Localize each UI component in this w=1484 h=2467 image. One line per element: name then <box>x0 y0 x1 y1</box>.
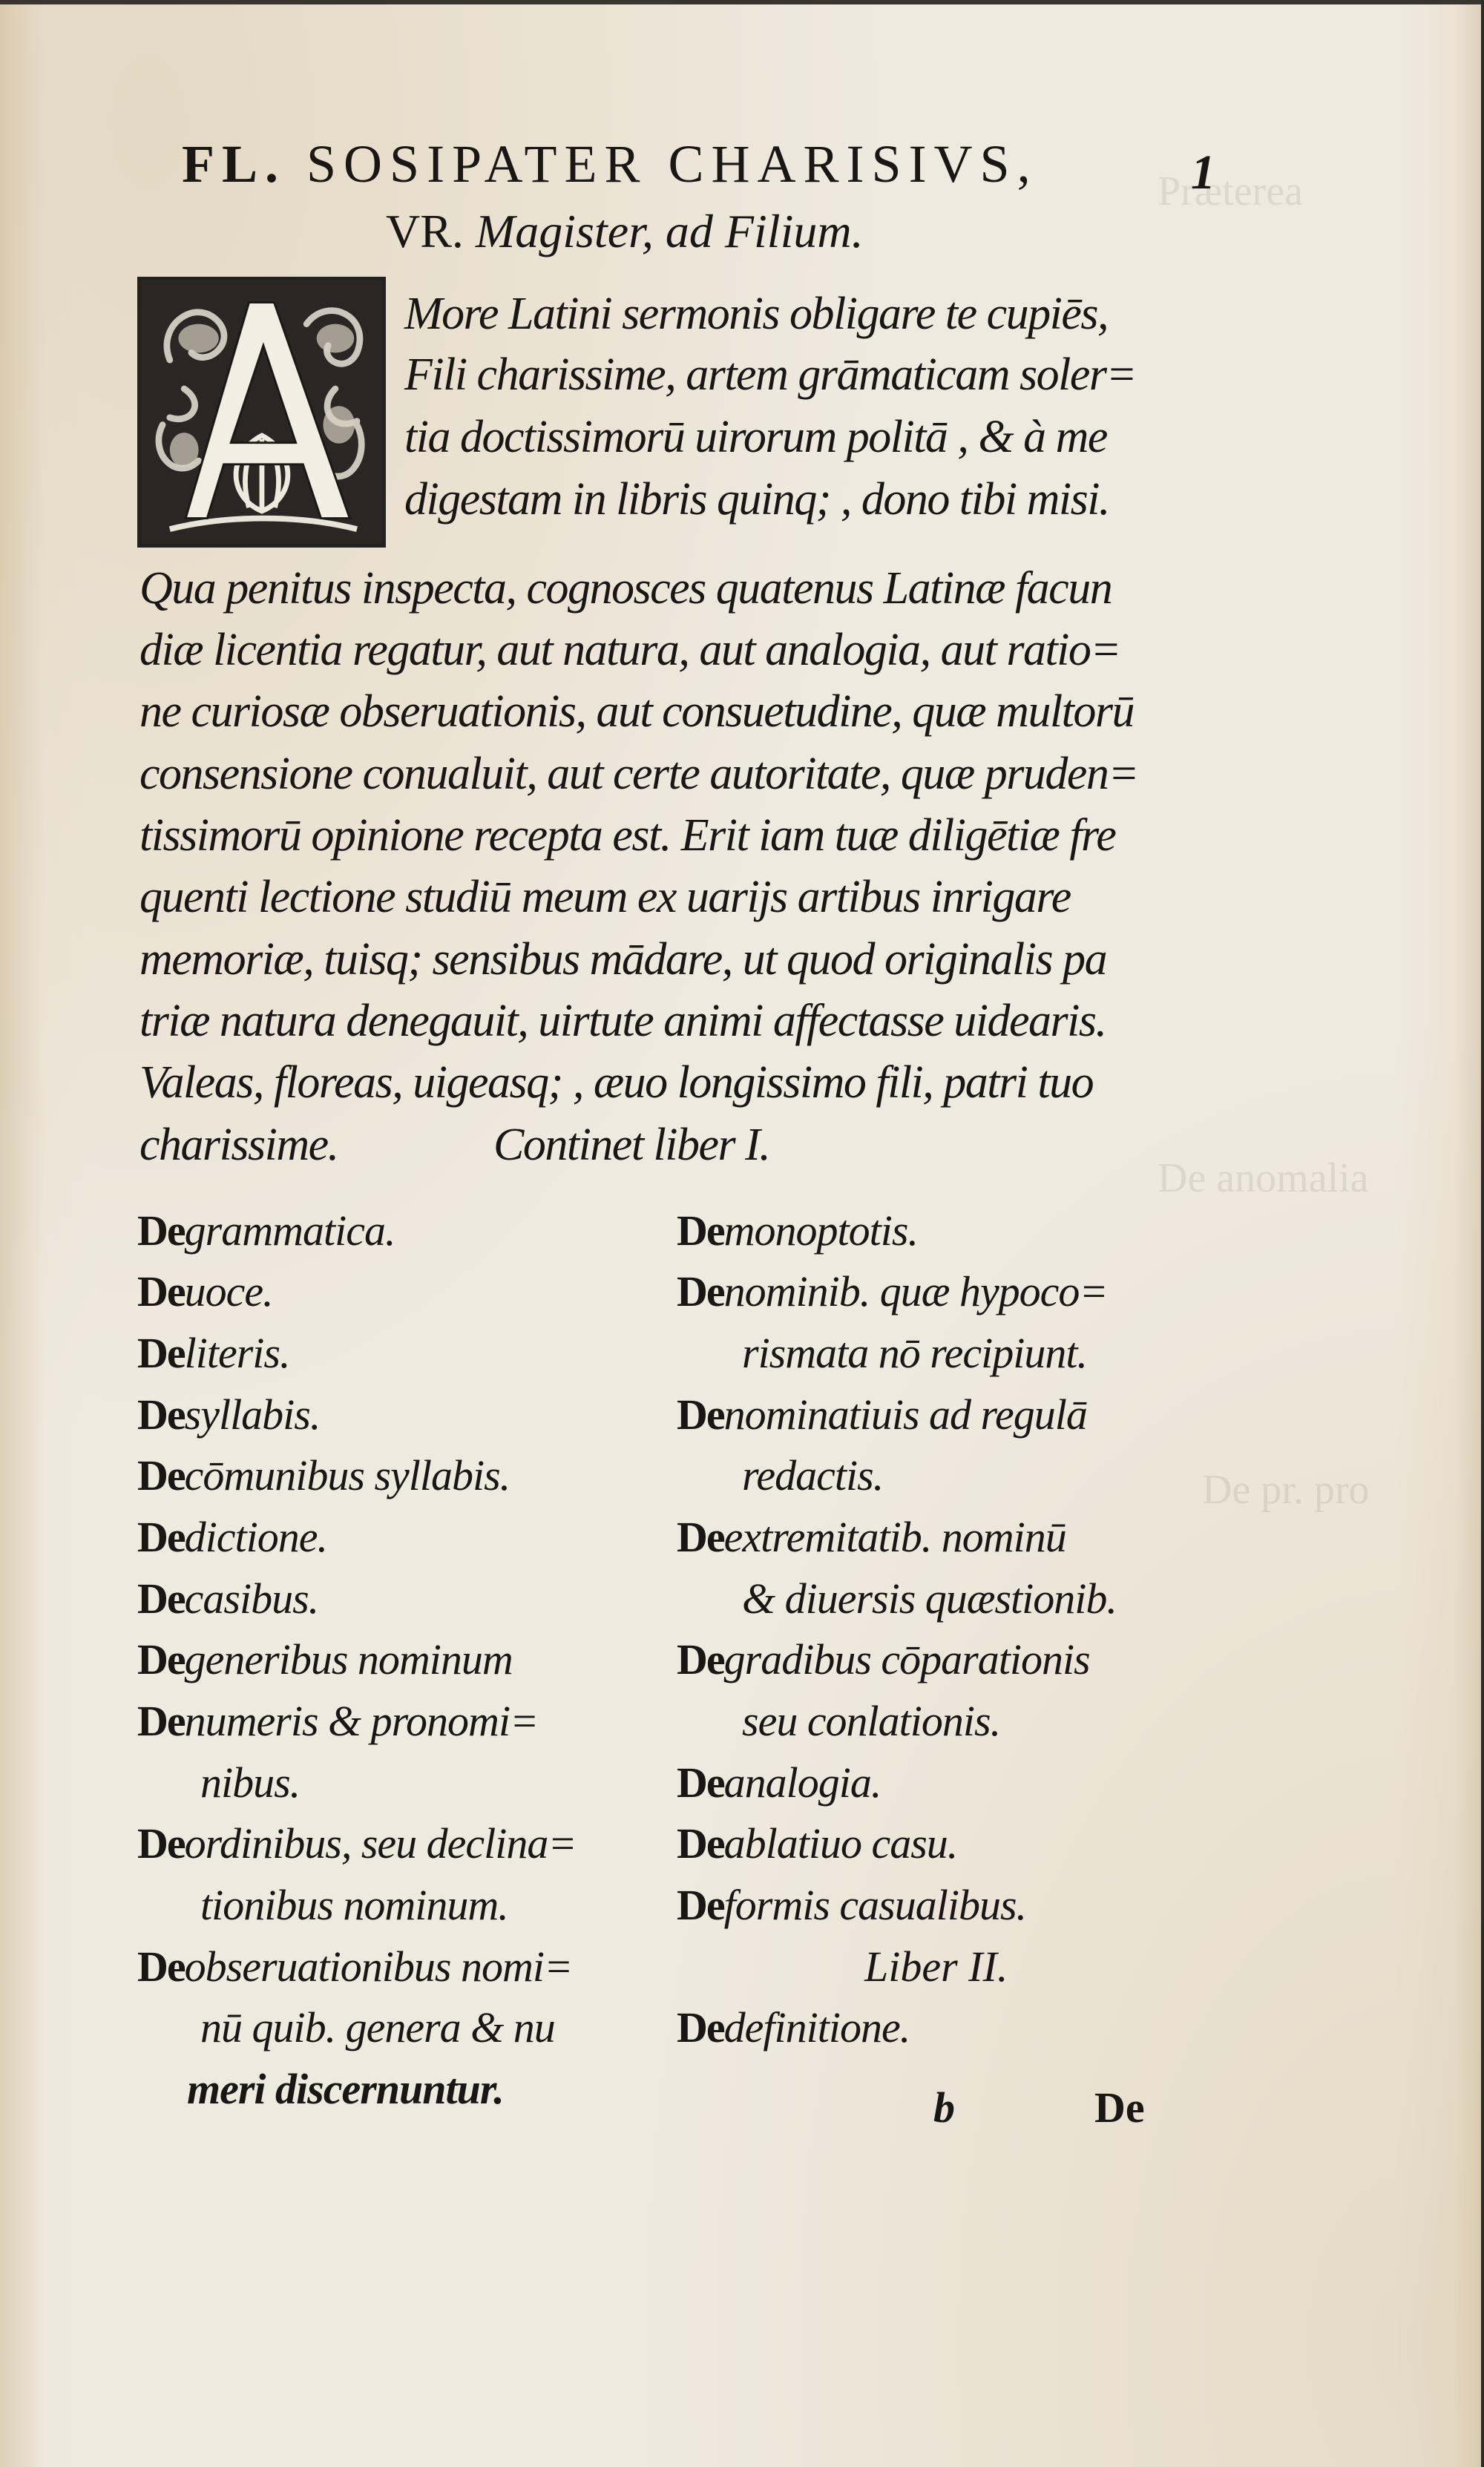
preface-line: Qua penitus inspecta, cognosces quatenus… <box>139 565 1112 611</box>
contents-item: Deextremitatib. nominū <box>677 1516 1066 1559</box>
preface-line: memoriæ, tuisq; sensibus mādare, ut quod… <box>139 936 1106 982</box>
preface-line: tissimorū opinione recepta est. Erit iam… <box>139 812 1115 858</box>
contents-item-continuation: nū quib. genera & nu <box>200 2006 555 2049</box>
contents-item-continuation: rismata nō recipiunt. <box>742 1332 1087 1375</box>
ornamental-letter-a-icon <box>141 280 382 544</box>
preface-line: Fili charissime, artem grāmaticam soler= <box>404 352 1136 398</box>
contents-item: Dedefinitione. <box>677 2006 910 2049</box>
drop-cap-initial <box>137 277 386 548</box>
contents-item-continuation: tionibus nominum. <box>200 1884 508 1927</box>
book-two-heading: Liber II. <box>864 1945 1008 1988</box>
running-head-prefix: FL. <box>182 134 286 194</box>
contents-item: Degeneribus nominum <box>137 1638 513 1681</box>
contents-item: Decasibus. <box>137 1577 318 1620</box>
contents-item-continuation: redactis. <box>742 1454 883 1497</box>
preface-line: digestam in libris quinq; , dono tibi mi… <box>404 476 1109 522</box>
contents-item: Denominib. quæ hypoco= <box>677 1270 1108 1313</box>
scan-right-edge <box>1481 0 1484 2467</box>
running-head-title: SOSIPATER CHARISIVS, <box>306 134 1038 194</box>
contents-item: Deuoce. <box>137 1270 273 1313</box>
contents-item: Demonoptotis. <box>677 1209 918 1252</box>
show-through-text: De anomalia <box>1158 1157 1369 1199</box>
contents-item: Decōmunibus syllabis. <box>137 1454 510 1497</box>
preface-line: Valeas, floreas, uigeasq; , æuo longissi… <box>139 1060 1093 1106</box>
preface-line: quenti lectione studiū meum ex uarijs ar… <box>139 874 1071 920</box>
contents-item: Dedictione. <box>137 1516 327 1559</box>
contents-item-continuation: nibus. <box>200 1761 300 1804</box>
subhead: VR. Magister, ad Filium. <box>386 208 864 255</box>
contents-item: Deablatiuo casu. <box>677 1822 957 1865</box>
preface-line: diæ licentia regatur, aut natura, aut an… <box>139 627 1120 673</box>
subhead-rest: Magister, ad Filium. <box>476 205 864 257</box>
contents-item: Deordinibus, seu declina= <box>137 1822 577 1865</box>
contents-item: Deanalogia. <box>677 1761 881 1804</box>
contents-item: Degrammatica. <box>137 1209 395 1252</box>
preface-line: consensione conualuit, aut certe autorit… <box>139 751 1138 797</box>
contents-item-continuation: meri discernuntur. <box>187 2068 504 2111</box>
subhead-lead: VR. <box>386 205 464 257</box>
signature-mark: b <box>933 2086 955 2129</box>
contents-item: Deliteris. <box>137 1332 289 1375</box>
preface-line: charissime. <box>139 1122 338 1168</box>
scan-top-edge <box>0 0 1484 4</box>
preface-line: triæ natura denegauit, uirtute animi aff… <box>139 998 1106 1044</box>
contents-item: Deformis casualibus. <box>677 1884 1026 1927</box>
contents-item: Degradibus cōparationis <box>677 1638 1090 1681</box>
contents-item-continuation: seu conlationis. <box>742 1700 1000 1743</box>
contents-item: Denominatiuis ad regulā <box>677 1393 1087 1436</box>
folio-number: 1 <box>1191 145 1215 201</box>
contents-item: Deobseruationibus nomi= <box>137 1945 572 1988</box>
running-head: FL. SOSIPATER CHARISIVS, <box>182 137 1221 191</box>
show-through-text: De pr. pro <box>1202 1469 1370 1511</box>
contents-item: Denumeris & pronomi= <box>137 1700 538 1743</box>
contents-heading: Continet liber I. <box>493 1122 769 1168</box>
preface-line: More Latini sermonis obligare te cupiēs, <box>404 291 1108 337</box>
contents-item: Desyllabis. <box>137 1393 320 1436</box>
contents-item-continuation: & diuersis quæstionib. <box>742 1577 1117 1620</box>
catchword: De <box>1094 2086 1145 2129</box>
preface-line: ne curiosæ obseruationis, aut consuetudi… <box>139 689 1134 735</box>
preface-line: tia doctissimorū uirorum politā , & à me <box>404 414 1107 460</box>
